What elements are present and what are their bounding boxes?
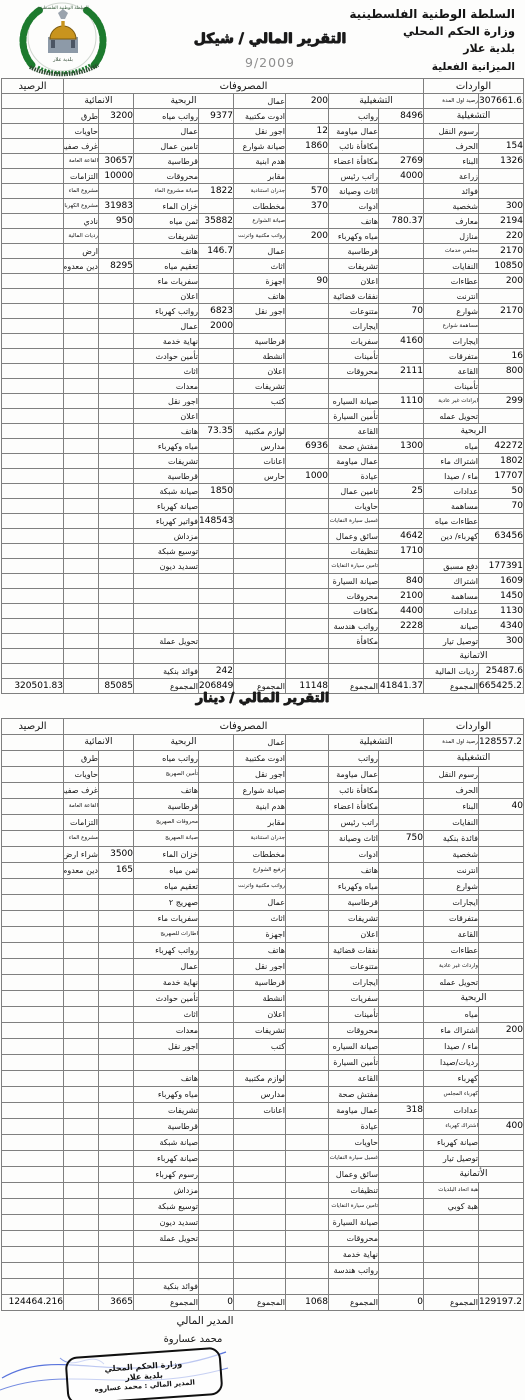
table-cell: [99, 184, 134, 199]
table-cell: 16: [479, 349, 524, 364]
table-cell: 31983: [99, 199, 134, 214]
table-row: اعلانتأمين السيارةتحويل عمله: [2, 409, 524, 424]
table-cell: [2, 1087, 64, 1103]
table-cell: [199, 604, 234, 619]
table-cell: عيادة: [329, 469, 379, 484]
table-cell: [234, 319, 286, 334]
table-cell: [64, 1087, 99, 1103]
table-cell: [99, 424, 134, 439]
table-row: توسيع شبكةتنظيفات1710: [2, 544, 524, 559]
table-cell: لوازم مكتبية: [234, 1071, 286, 1087]
table-cell: غرف صفية: [64, 139, 99, 154]
table-cell: [64, 943, 99, 959]
table-cell: [286, 735, 329, 751]
table-cell: محروقات الصهريج: [134, 815, 199, 831]
table-cell: [99, 1087, 134, 1103]
table-cell: الربحية: [424, 991, 524, 1007]
table-cell: [234, 649, 286, 664]
table-cell: 1000: [286, 469, 329, 484]
table-cell: [99, 514, 134, 529]
table-row: اثاثاعلانتأميناتمياه: [2, 1007, 524, 1023]
table-cell: [2, 927, 64, 943]
table-cell: [286, 454, 329, 469]
table-cell: صيانة السياره: [329, 1039, 379, 1055]
table-cell: [99, 1055, 134, 1071]
table-cell: تشريفات: [134, 454, 199, 469]
table-cell: ثمن مياه: [134, 214, 199, 229]
table-cell: 40: [479, 799, 524, 815]
table-cell: ماء / صيدا: [424, 1039, 479, 1055]
table-cell: نهاية خدمة: [329, 1247, 379, 1263]
table-cell: [99, 289, 134, 304]
table-row: تأمين السيارةرديات/صيدا: [2, 1055, 524, 1071]
table-cell: عمال: [134, 319, 199, 334]
table-cell: جدران استنادية: [234, 831, 286, 847]
table-cell: محروقات: [329, 364, 379, 379]
table-cell: عيادة: [329, 1119, 379, 1135]
table-cell: [199, 559, 234, 574]
table-cell: [424, 544, 479, 559]
table-cell: صيانة: [424, 619, 479, 634]
table-cell: [379, 559, 424, 574]
table-cell: [286, 1231, 329, 1247]
table-cell: [64, 895, 99, 911]
table-cell: [286, 424, 329, 439]
table-row: تشريفاتاعاناتعمال مياومةاشتراك ماء1802: [2, 454, 524, 469]
table-row: تأمين حوادثانشطةسفرياتالربحية: [2, 991, 524, 1007]
table-cell: البناء: [424, 154, 479, 169]
table-cell: [379, 847, 424, 863]
table-cell: [64, 349, 99, 364]
table-cell: [379, 124, 424, 139]
table-row: مكافات4400عدادات1130: [2, 604, 524, 619]
table-cell: 665425.25: [479, 679, 524, 694]
table-cell: 128557.216: [479, 735, 524, 751]
table-cell: 200: [286, 94, 329, 109]
table-cell: [379, 975, 424, 991]
table-row: صهريج ٢عمالقرطاسيةايجارات: [2, 895, 524, 911]
table-row: فواتير كهرباء148543غسيل سيارة النفاياتعط…: [2, 514, 524, 529]
table-cell: اجور نقل: [234, 124, 286, 139]
table-cell: [286, 1087, 329, 1103]
table-cell: [64, 454, 99, 469]
table-cell: اثاث وصيانة: [329, 831, 379, 847]
table-cell: [479, 1263, 524, 1279]
table-cell: [99, 319, 134, 334]
table-cell: [234, 484, 286, 499]
table-cell: [99, 895, 134, 911]
shekel-table-body: الرصيدالمصروفاتالوارداتالانمائيةالربحيةع…: [2, 79, 524, 694]
table-cell: [64, 975, 99, 991]
table-cell: نفقات قضائية: [329, 289, 379, 304]
table-cell: [379, 409, 424, 424]
table-cell: [379, 499, 424, 514]
table-cell: 3665: [99, 1295, 134, 1311]
table-cell: صيانة مشروع الماء: [134, 184, 199, 199]
table-cell: [64, 1247, 99, 1263]
table-cell: هبة كوبي: [424, 1199, 479, 1215]
table-cell: مزداش: [134, 1183, 199, 1199]
table-cell: [329, 1279, 379, 1295]
table-cell: [2, 911, 64, 927]
table-cell: عمال مياومة: [329, 767, 379, 783]
table-cell: الواردات: [424, 719, 524, 735]
table-cell: زراعة: [424, 169, 479, 184]
table-cell: انترنت: [424, 863, 479, 879]
table-cell: [379, 991, 424, 1007]
table-cell: اجهزة: [234, 927, 286, 943]
table-cell: [99, 349, 134, 364]
official-stamp: وزارة الحكم المحلي بلدية علار المدير الم…: [65, 1347, 224, 1400]
table-cell: التشغيلية: [424, 751, 524, 767]
table-cell: 2000: [199, 319, 234, 334]
table-cell: [286, 1055, 329, 1071]
table-cell: رواتب مياه: [134, 751, 199, 767]
table-cell: [286, 304, 329, 319]
table-cell: [199, 1055, 234, 1071]
table-cell: [2, 484, 64, 499]
table-cell: [2, 751, 64, 767]
table-cell: [379, 274, 424, 289]
table-cell: [99, 927, 134, 943]
table-cell: [479, 514, 524, 529]
table-cell: [2, 879, 64, 895]
report-period: 9/2009: [170, 55, 370, 70]
table-cell: [379, 767, 424, 783]
table-row: نهاية خدمةقرطاسيةايجاراتتحويل عمله: [2, 975, 524, 991]
table-cell: 1300: [379, 439, 424, 454]
table-cell: [479, 975, 524, 991]
table-cell: [286, 1183, 329, 1199]
table-cell: تشريفات: [134, 229, 199, 244]
table-cell: [64, 1055, 99, 1071]
table-cell: [99, 439, 134, 454]
table-cell: [234, 1215, 286, 1231]
table-cell: [199, 1279, 234, 1295]
table-cell: اعلان: [134, 289, 199, 304]
table-cell: تشريفات: [329, 259, 379, 274]
table-cell: [286, 559, 329, 574]
table-cell: [199, 589, 234, 604]
table-cell: قرطاسية: [234, 334, 286, 349]
table-cell: [199, 334, 234, 349]
table-cell: [479, 863, 524, 879]
table-cell: [2, 1247, 64, 1263]
table-cell: [286, 751, 329, 767]
table-row: محروقات2100مساهمة1450: [2, 589, 524, 604]
table-cell: [99, 1151, 134, 1167]
table-cell: المجموع: [134, 1295, 199, 1311]
table-cell: 2111: [379, 364, 424, 379]
table-row: الاتمانية: [2, 649, 524, 664]
table-cell: 300: [479, 199, 524, 214]
table-cell: 2170: [479, 244, 524, 259]
table-cell: [64, 484, 99, 499]
table-cell: [199, 863, 234, 879]
table-cell: [199, 879, 234, 895]
table-cell: [199, 751, 234, 767]
table-cell: [286, 975, 329, 991]
table-cell: [479, 1151, 524, 1167]
table-cell: [64, 911, 99, 927]
table-cell: [479, 895, 524, 911]
table-cell: اعلان: [329, 274, 379, 289]
table-cell: [286, 664, 329, 679]
svg-text:بلدية علار: بلدية علار: [52, 57, 73, 63]
table-row: اطارات للصهريجاجهزةاعلانالقاعة: [2, 927, 524, 943]
table-cell: [2, 1039, 64, 1055]
table-cell: تأمينات: [424, 379, 479, 394]
table-cell: 6936: [286, 439, 329, 454]
table-cell: رواتب: [329, 109, 379, 124]
table-cell: [479, 1087, 524, 1103]
table-cell: 2769: [379, 154, 424, 169]
table-cell: هاتف: [134, 244, 199, 259]
table-cell: [199, 349, 234, 364]
table-cell: [234, 1199, 286, 1215]
table-cell: 154: [479, 139, 524, 154]
table-cell: مساهمة شوارع: [424, 319, 479, 334]
table-cell: 129197.216: [479, 1295, 524, 1311]
table-cell: خزان الماء: [134, 199, 199, 214]
table-cell: 4642: [379, 529, 424, 544]
table-cell: [134, 574, 199, 589]
table-row: دين معدوم165ثمن مياهترفيع الشوارعهاتفانت…: [2, 863, 524, 879]
table-cell: [64, 1119, 99, 1135]
table-row: مشروع الكهرباء31983خزان الماءمخططات370اد…: [2, 199, 524, 214]
table-cell: عمال: [134, 124, 199, 139]
table-cell: تامين عمال: [329, 484, 379, 499]
table-cell: [286, 574, 329, 589]
table-cell: [2, 943, 64, 959]
table-cell: [99, 499, 134, 514]
table-cell: [379, 259, 424, 274]
table-cell: [379, 244, 424, 259]
table-cell: [99, 783, 134, 799]
table-cell: [379, 1263, 424, 1279]
table-cell: [64, 379, 99, 394]
table-cell: 6823: [199, 304, 234, 319]
table-cell: سائق وعمال: [329, 529, 379, 544]
table-row: فوائد بنكية242رديات المالية25487.6: [2, 664, 524, 679]
table-cell: واردات غير عادية: [424, 959, 479, 975]
table-cell: صيانة كهرباء: [134, 499, 199, 514]
table-row: فوائد بنكية: [2, 1279, 524, 1295]
shekel-report-table: الرصيدالمصروفاتالوارداتالانمائيةالربحيةع…: [1, 78, 524, 694]
table-cell: [479, 783, 524, 799]
table-cell: اشتراك كهرباء: [424, 1119, 479, 1135]
table-cell: شراء ارض: [64, 847, 99, 863]
table-cell: 400: [479, 1119, 524, 1135]
table-row: طرق3200رواتب مياه9377ادوت مكتبيةرواتب849…: [2, 109, 524, 124]
table-cell: رواتب كهرباء: [134, 943, 199, 959]
table-cell: مشروع الكهرباء: [64, 199, 99, 214]
table-row: رديات الماليةتشريفاترواتب مكتبية واترنت2…: [2, 229, 524, 244]
table-cell: [286, 1007, 329, 1023]
table-cell: تحويل عمله: [424, 975, 479, 991]
table-cell: [286, 879, 329, 895]
table-cell: [2, 649, 64, 664]
table-cell: [199, 649, 234, 664]
table-cell: [286, 484, 329, 499]
manager-title: المدير المالي: [130, 1315, 280, 1327]
table-row: صيانة شبكةحاوياتصيانة كهرباء: [2, 1135, 524, 1151]
table-row: سفريات ماءاجهزة90اعلانعطاءات200: [2, 274, 524, 289]
table-cell: [199, 409, 234, 424]
table-cell: رديات/صيدا: [424, 1055, 479, 1071]
table-cell: [2, 274, 64, 289]
table-cell: مياه: [424, 439, 479, 454]
table-cell: مقابر: [234, 815, 286, 831]
table-cell: تأمين السيارة: [329, 409, 379, 424]
table-cell: [99, 334, 134, 349]
table-cell: المجموع: [329, 1295, 379, 1311]
table-cell: [64, 514, 99, 529]
table-cell: مكافأة: [329, 634, 379, 649]
table-row: صيانة شبكة1850تامين عمال25عدادات50: [2, 484, 524, 499]
table-cell: [286, 1167, 329, 1183]
table-cell: [134, 1263, 199, 1279]
table-cell: طرق: [64, 751, 99, 767]
table-cell: هاتف: [329, 863, 379, 879]
table-cell: 10000: [99, 169, 134, 184]
table-cell: [199, 1103, 234, 1119]
table-cell: صيانة السيارة: [329, 574, 379, 589]
org-municipality: بلدية علار: [349, 40, 515, 57]
table-cell: حاويات: [329, 499, 379, 514]
table-cell: [286, 319, 329, 334]
table-cell: [329, 649, 379, 664]
table-cell: 25: [379, 484, 424, 499]
table-cell: [2, 394, 64, 409]
table-cell: [2, 424, 64, 439]
table-cell: [479, 767, 524, 783]
table-cell: القاعة العامة: [64, 154, 99, 169]
table-cell: هاتف: [234, 943, 286, 959]
table-cell: [2, 1023, 64, 1039]
table-cell: [64, 1279, 99, 1295]
table-row: عمالاجور نقلمتنوعاتواردات غير عادية: [2, 959, 524, 975]
table-cell: معارف: [424, 214, 479, 229]
table-cell: فائدة بنكية: [424, 831, 479, 847]
table-cell: 1609: [479, 574, 524, 589]
table-cell: [2, 529, 64, 544]
table-cell: 1130: [479, 604, 524, 619]
municipality-logo-icon: السلطة الوطنية الفلسطينية بلدية علار: [12, 1, 114, 77]
table-cell: تسديد ديون: [134, 559, 199, 574]
table-cell: الربحية: [134, 735, 234, 751]
table-cell: قرطاسية: [134, 799, 199, 815]
table-cell: [64, 439, 99, 454]
table-cell: [424, 1263, 479, 1279]
table-cell: [234, 589, 286, 604]
table-cell: [479, 1103, 524, 1119]
table-cell: قرطاسية: [134, 154, 199, 169]
table-row: ارضهاتف146.7عمالقرطاسيةمجلس خدمات2170: [2, 244, 524, 259]
table-cell: [99, 879, 134, 895]
table-cell: قرطاسية: [329, 244, 379, 259]
table-cell: [199, 229, 234, 244]
table-cell: [286, 1247, 329, 1263]
table-cell: متنوعات: [329, 959, 379, 975]
table-cell: [2, 364, 64, 379]
table-cell: مكافأة اعضاء: [329, 799, 379, 815]
table-cell: [2, 1279, 64, 1295]
table-cell: اشتراك: [424, 574, 479, 589]
table-row: تشريفاتاعاناتعمال مياومة318عدادات: [2, 1103, 524, 1119]
table-cell: [2, 895, 64, 911]
table-cell: تأمينات: [329, 1007, 379, 1023]
table-cell: راتب رئيس: [329, 815, 379, 831]
table-cell: رديات المالية: [424, 664, 479, 679]
table-cell: مشروع الماء: [64, 184, 99, 199]
table-cell: [99, 559, 134, 574]
table-cell: [379, 649, 424, 664]
table-cell: [64, 559, 99, 574]
table-cell: فوائد: [424, 184, 479, 199]
table-cell: [2, 514, 64, 529]
table-row: نادي950ثمن مياه35882صيانة الشوارعهاتف780…: [2, 214, 524, 229]
table-cell: [379, 1151, 424, 1167]
table-cell: [2, 604, 64, 619]
table-cell: راتب رئيس: [329, 169, 379, 184]
table-cell: عمال: [234, 94, 286, 109]
table-cell: [199, 959, 234, 975]
table-cell: [2, 959, 64, 975]
table-cell: [379, 139, 424, 154]
table-cell: [99, 767, 134, 783]
table-cell: [379, 943, 424, 959]
table-cell: [286, 259, 329, 274]
table-cell: [99, 649, 134, 664]
table-cell: [134, 619, 199, 634]
table-cell: [2, 1103, 64, 1119]
table-cell: تأمينات: [329, 349, 379, 364]
table-cell: [2, 139, 64, 154]
table-cell: اجهزة: [234, 274, 286, 289]
table-cell: التزامات: [64, 169, 99, 184]
table-cell: كتب: [234, 1039, 286, 1055]
table-row: القاعة العامة30657قرطاسيةهدم ابنيةمكافأة…: [2, 154, 524, 169]
table-cell: [286, 847, 329, 863]
table-cell: [286, 334, 329, 349]
table-cell: [329, 379, 379, 394]
table-cell: [199, 911, 234, 927]
table-cell: [2, 439, 64, 454]
table-cell: 320501.83: [2, 679, 64, 694]
table-cell: [99, 751, 134, 767]
table-cell: [286, 604, 329, 619]
table-cell: [199, 1231, 234, 1247]
table-cell: محروقات: [134, 169, 199, 184]
table-cell: ارض: [64, 244, 99, 259]
table-cell: 2100: [379, 589, 424, 604]
table-cell: [479, 184, 524, 199]
table-cell: تنظيفات: [329, 544, 379, 559]
table-cell: [286, 943, 329, 959]
table-cell: 1710: [379, 544, 424, 559]
table-cell: [379, 184, 424, 199]
table-cell: كهرباء/ دين: [424, 529, 479, 544]
table-cell: [99, 1103, 134, 1119]
table-cell: [479, 1199, 524, 1215]
table-cell: [99, 1247, 134, 1263]
table-cell: 750: [379, 831, 424, 847]
table-cell: اعانات: [234, 454, 286, 469]
org-authority: السلطة الوطنية الفلسطينية: [349, 6, 515, 23]
table-row: سفريات ماءاثاثتشريفاتمتفرقات: [2, 911, 524, 927]
table-cell: 146.7: [199, 244, 234, 259]
